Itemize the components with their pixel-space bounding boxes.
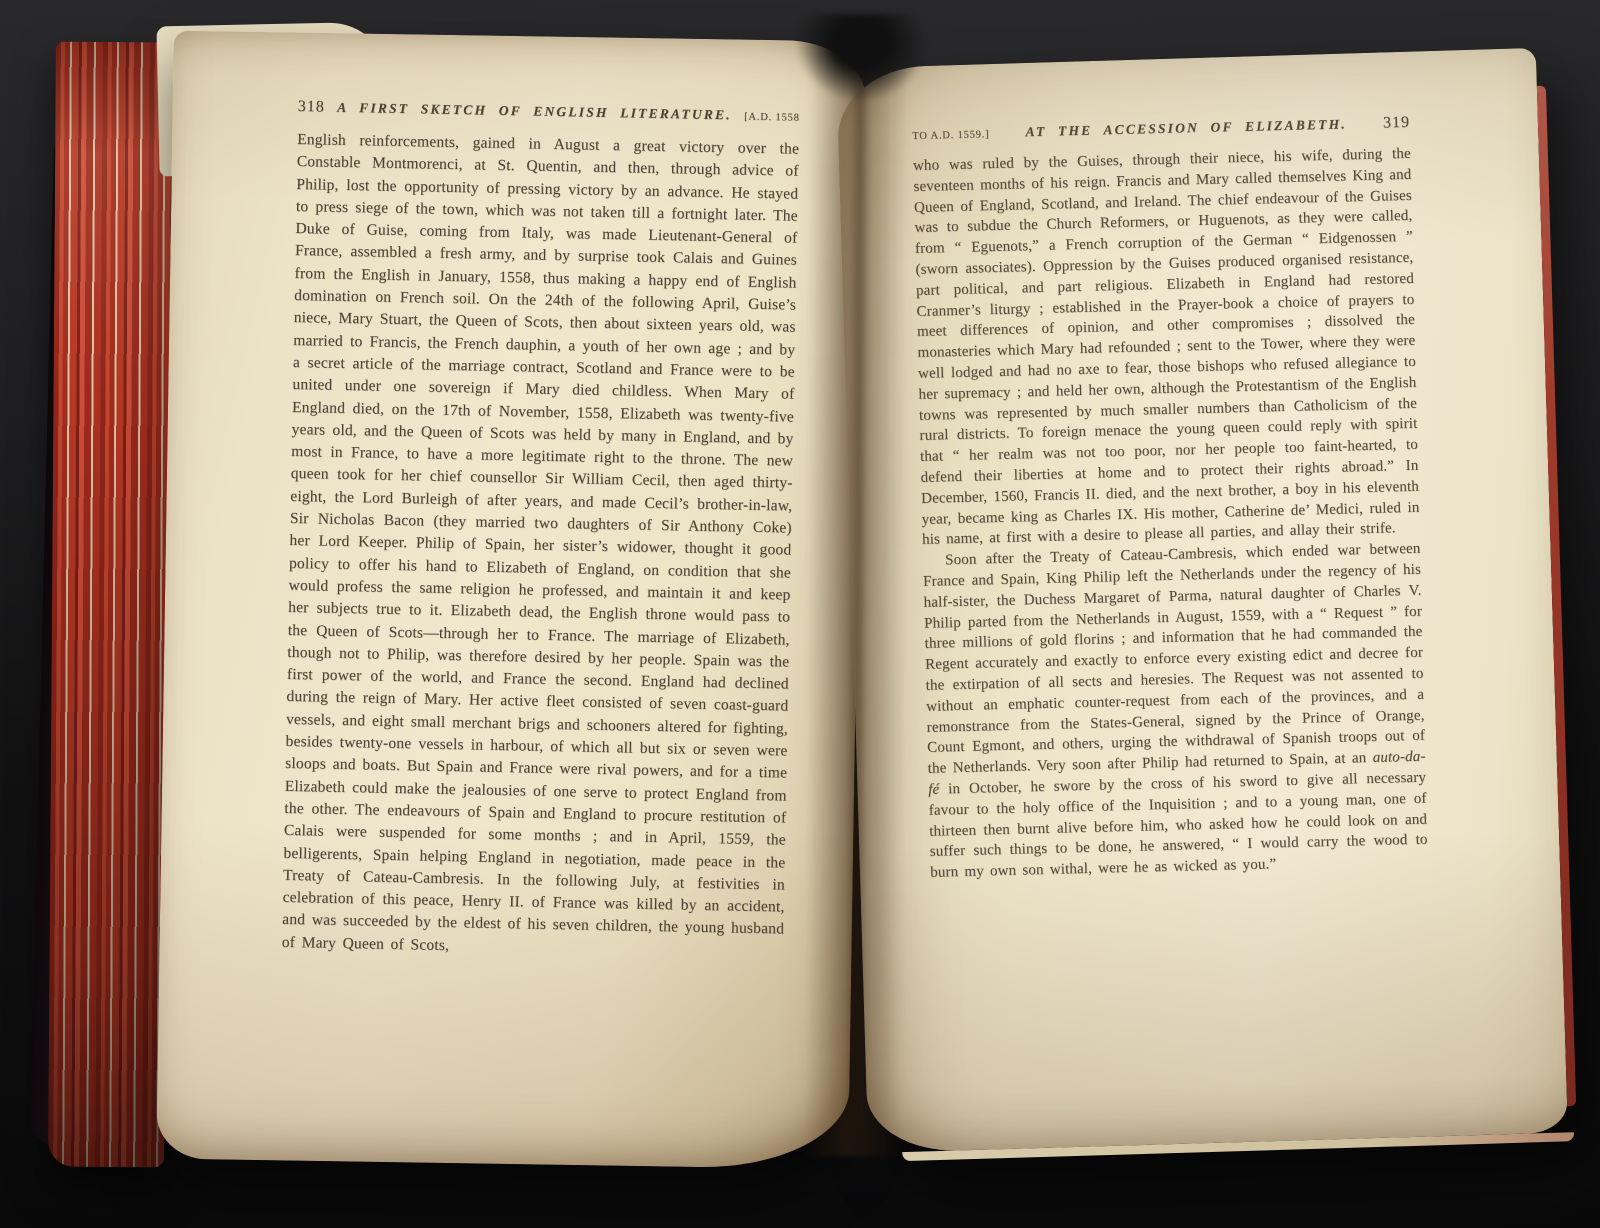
book-photo: 318 A FIRST SKETCH OF ENGLISH LITERATURE…: [0, 0, 1600, 1228]
right-page-text: TO A.D. 1559.] AT THE ACCESSION OF ELIZA…: [912, 114, 1428, 884]
right-page-body: who was ruled by the Guises, through the…: [913, 144, 1429, 884]
left-page-body: English reinforcements, gained in August…: [282, 129, 800, 963]
right-date-note: TO A.D. 1559.]: [912, 129, 989, 142]
left-page-text: 318 A FIRST SKETCH OF ENGLISH LITERATURE…: [282, 98, 800, 963]
right-page-number: 319: [1383, 114, 1410, 133]
gutter-top-notch: [796, 14, 926, 110]
red-fore-edge-pages: [48, 42, 172, 1168]
left-page-number: 318: [298, 98, 325, 117]
left-date-note: [A.D. 1558: [744, 112, 800, 124]
gutter-shadow: [803, 34, 909, 1157]
